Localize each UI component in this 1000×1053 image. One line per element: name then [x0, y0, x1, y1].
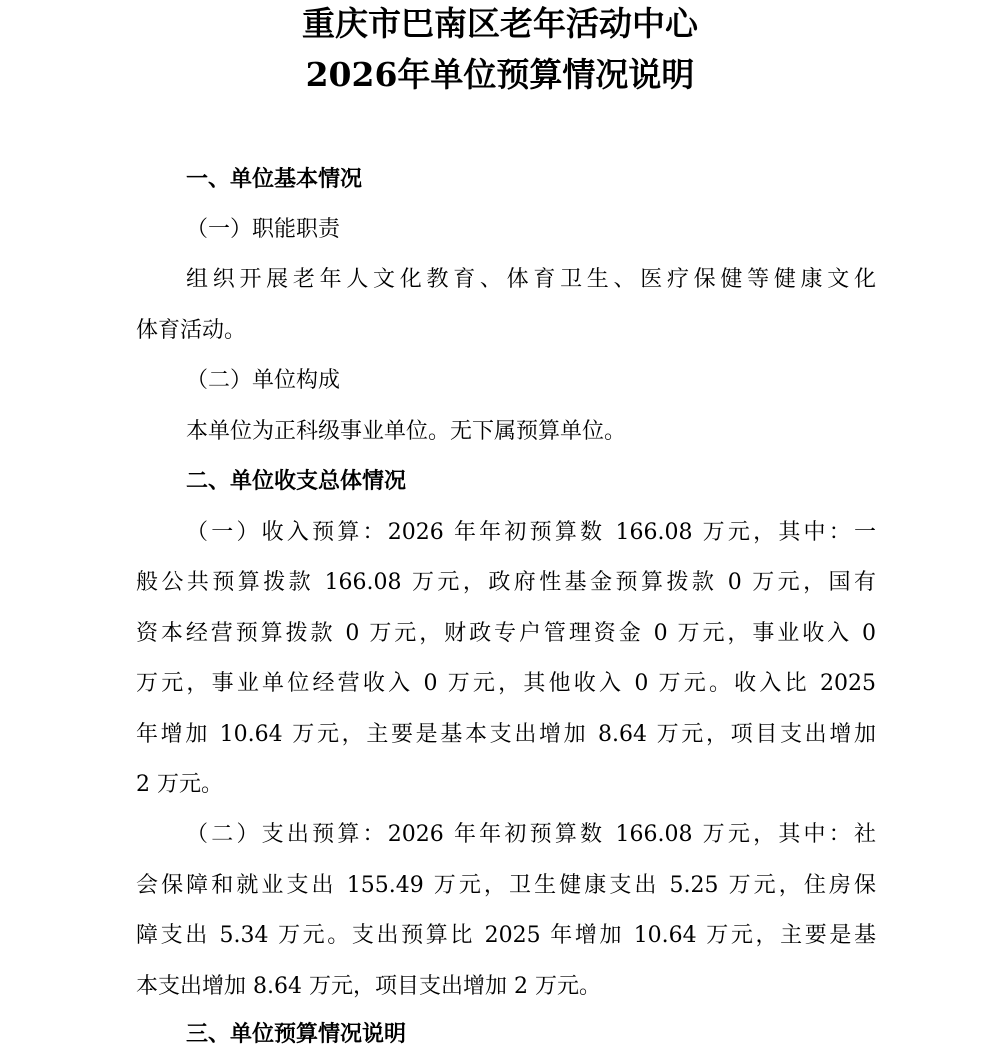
- income-paragraph-line: （一）收入预算：2026 年年初预算数 166.08 万元，其中：一: [186, 518, 876, 548]
- income-paragraph-line: 般公共预算拨款 166.08 万元，政府性基金预算拨款 0 万元，国有: [136, 568, 876, 598]
- section-heading-budget-explanation: 三、单位预算情况说明: [186, 1020, 406, 1050]
- paragraph-line: 组织开展老年人文化教育、体育卫生、医疗保健等健康文化: [186, 265, 876, 295]
- expenditure-paragraph-line: 本支出增加 8.64 万元，项目支出增加 2 万元。: [136, 972, 876, 1002]
- subsection-heading-composition: （二）单位构成: [186, 366, 340, 396]
- income-paragraph-line: 2 万元。: [136, 770, 876, 800]
- income-paragraph-line: 万元，事业单位经营收入 0 万元，其他收入 0 万元。收入比 2025: [136, 669, 876, 699]
- section-heading-basic-info: 一、单位基本情况: [186, 165, 362, 195]
- paragraph-line: 本单位为正科级事业单位。无下属预算单位。: [186, 417, 876, 447]
- subsection-heading-functions: （一）职能职责: [186, 215, 340, 245]
- document-title-line1: 重庆市巴南区老年活动中心: [0, 4, 1000, 44]
- paragraph-line: 体育活动。: [136, 316, 876, 346]
- expenditure-paragraph-line: （二）支出预算：2026 年年初预算数 166.08 万元，其中：社: [186, 820, 876, 850]
- income-paragraph-line: 年增加 10.64 万元，主要是基本支出增加 8.64 万元，项目支出增加: [136, 720, 876, 750]
- income-paragraph-line: 资本经营预算拨款 0 万元，财政专户管理资金 0 万元，事业收入 0: [136, 619, 876, 649]
- document-page: 重庆市巴南区老年活动中心 2026年单位预算情况说明 一、单位基本情况 （一）职…: [0, 0, 1000, 1053]
- expenditure-paragraph-line: 会保障和就业支出 155.49 万元，卫生健康支出 5.25 万元，住房保: [136, 871, 876, 901]
- document-title-line2: 2026年单位预算情况说明: [0, 55, 1000, 95]
- expenditure-paragraph-line: 障支出 5.34 万元。支出预算比 2025 年增加 10.64 万元，主要是基: [136, 921, 876, 951]
- section-heading-income-expenditure: 二、单位收支总体情况: [186, 467, 406, 497]
